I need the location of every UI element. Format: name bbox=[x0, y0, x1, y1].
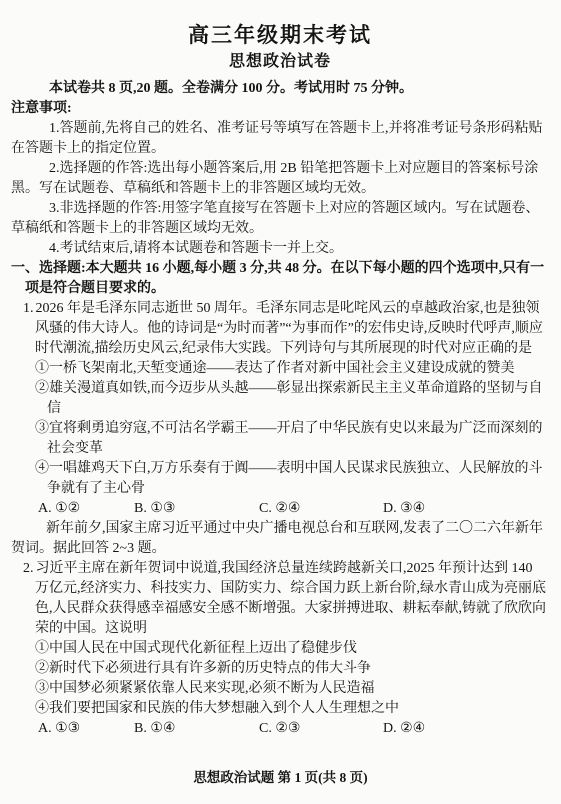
section-header: 一、选择题:本大题共 16 小题,每小题 3 分,共 48 分。在以下每小题的四… bbox=[11, 259, 549, 299]
question-1-choices: A. ①② B. ①③ C. ②④ D. ③④ bbox=[38, 499, 549, 519]
question-1-item-4: ④一唱雄鸡天下白,万方乐奏有于阗——表明中国人民谋求民族独立、人民解放的斗争就有… bbox=[35, 459, 549, 499]
question-1-stem-text: 2026 年是毛泽东同志逝世 50 周年。毛泽东同志是叱咤风云的卓越政治家,也是… bbox=[35, 301, 543, 356]
question-1-choice-a: A. ①② bbox=[38, 499, 134, 519]
question-2-choice-a: A. ①③ bbox=[38, 719, 134, 739]
question-2-item-1: ①中国人民在中国式现代化新征程上迈出了稳健步伐 bbox=[35, 639, 549, 659]
question-1-item-3: ③宜将剩勇追穷寇,不可沽名学霸王——开启了中华民族有史以来最为广泛而深刻的社会变… bbox=[35, 419, 549, 459]
interlude-paragraph: 新年前夕,国家主席习近平通过中央广播电视总台和互联网,发表了二〇二六年新年贺词。… bbox=[11, 519, 549, 559]
question-1-item-2: ②雄关漫道真如铁,而今迈步从头越——彰显出探索新民主主义革命道路的坚韧与自信 bbox=[35, 379, 549, 419]
note-item-2: 2.选择题的作答:选出每小题答案后,用 2B 铅笔把答题卡上对应题目的答案标号涂… bbox=[11, 159, 549, 199]
question-1-choice-b: B. ①③ bbox=[134, 499, 259, 519]
page-title: 高三年级期末考试 bbox=[11, 22, 549, 49]
note-item-1: 1.答题前,先将自己的姓名、准考证号等填写在答题卡上,并将准考证号条形码粘贴在答… bbox=[11, 119, 549, 159]
question-2-stem-text: 习近平主席在新年贺词中说道,我国经济总量连续跨越新关口,2025 年预计达到 1… bbox=[35, 561, 546, 636]
question-2-choice-c: C. ②③ bbox=[259, 719, 383, 739]
exam-page: 高三年级期末考试 思想政治试卷 本试卷共 8 页,20 题。全卷满分 100 分… bbox=[0, 0, 561, 739]
question-2-item-2: ②新时代下必须进行具有许多新的历史特点的伟大斗争 bbox=[35, 659, 549, 679]
note-item-4: 4.考试结束后,请将本试题卷和答题卡一并上交。 bbox=[11, 239, 549, 259]
question-1-stem: 1.2026 年是毛泽东同志逝世 50 周年。毛泽东同志是叱咤风云的卓越政治家,… bbox=[23, 299, 549, 359]
question-1-item-1: ①一桥飞架南北,天堑变通途——表达了作者对新中国社会主义建设成就的赞美 bbox=[35, 359, 549, 379]
question-2-item-4: ④我们要把国家和民族的伟大梦想融入到个人人生理想之中 bbox=[35, 699, 549, 719]
question-1-choice-c: C. ②④ bbox=[259, 499, 383, 519]
question-2-number: 2. bbox=[23, 561, 34, 576]
page-subtitle: 思想政治试卷 bbox=[11, 51, 549, 73]
question-2-choices: A. ①③ B. ①④ C. ②③ D. ②④ bbox=[38, 719, 549, 739]
note-item-3: 3.非选择题的作答:用签字笔直接写在答题卡上对应的答题区域内。写在试题卷、草稿纸… bbox=[11, 199, 549, 239]
question-2-stem: 2.习近平主席在新年贺词中说道,我国经济总量连续跨越新关口,2025 年预计达到… bbox=[23, 559, 549, 639]
question-2-choice-b: B. ①④ bbox=[134, 719, 259, 739]
question-2-item-3: ③中国梦必须紧紧依靠人民来实现,必须不断为人民造福 bbox=[35, 679, 549, 699]
question-1-number: 1. bbox=[23, 301, 34, 316]
page-footer: 思想政治试题 第 1 页(共 8 页) bbox=[0, 768, 561, 788]
question-1: 1.2026 年是毛泽东同志逝世 50 周年。毛泽东同志是叱咤风云的卓越政治家,… bbox=[23, 299, 549, 519]
question-2: 2.习近平主席在新年贺词中说道,我国经济总量连续跨越新关口,2025 年预计达到… bbox=[23, 559, 549, 739]
question-2-choice-d: D. ②④ bbox=[383, 719, 549, 739]
notes-title: 注意事项: bbox=[11, 99, 549, 119]
exam-info: 本试卷共 8 页,20 题。全卷满分 100 分。考试用时 75 分钟。 bbox=[11, 79, 549, 99]
question-1-choice-d: D. ③④ bbox=[383, 499, 549, 519]
